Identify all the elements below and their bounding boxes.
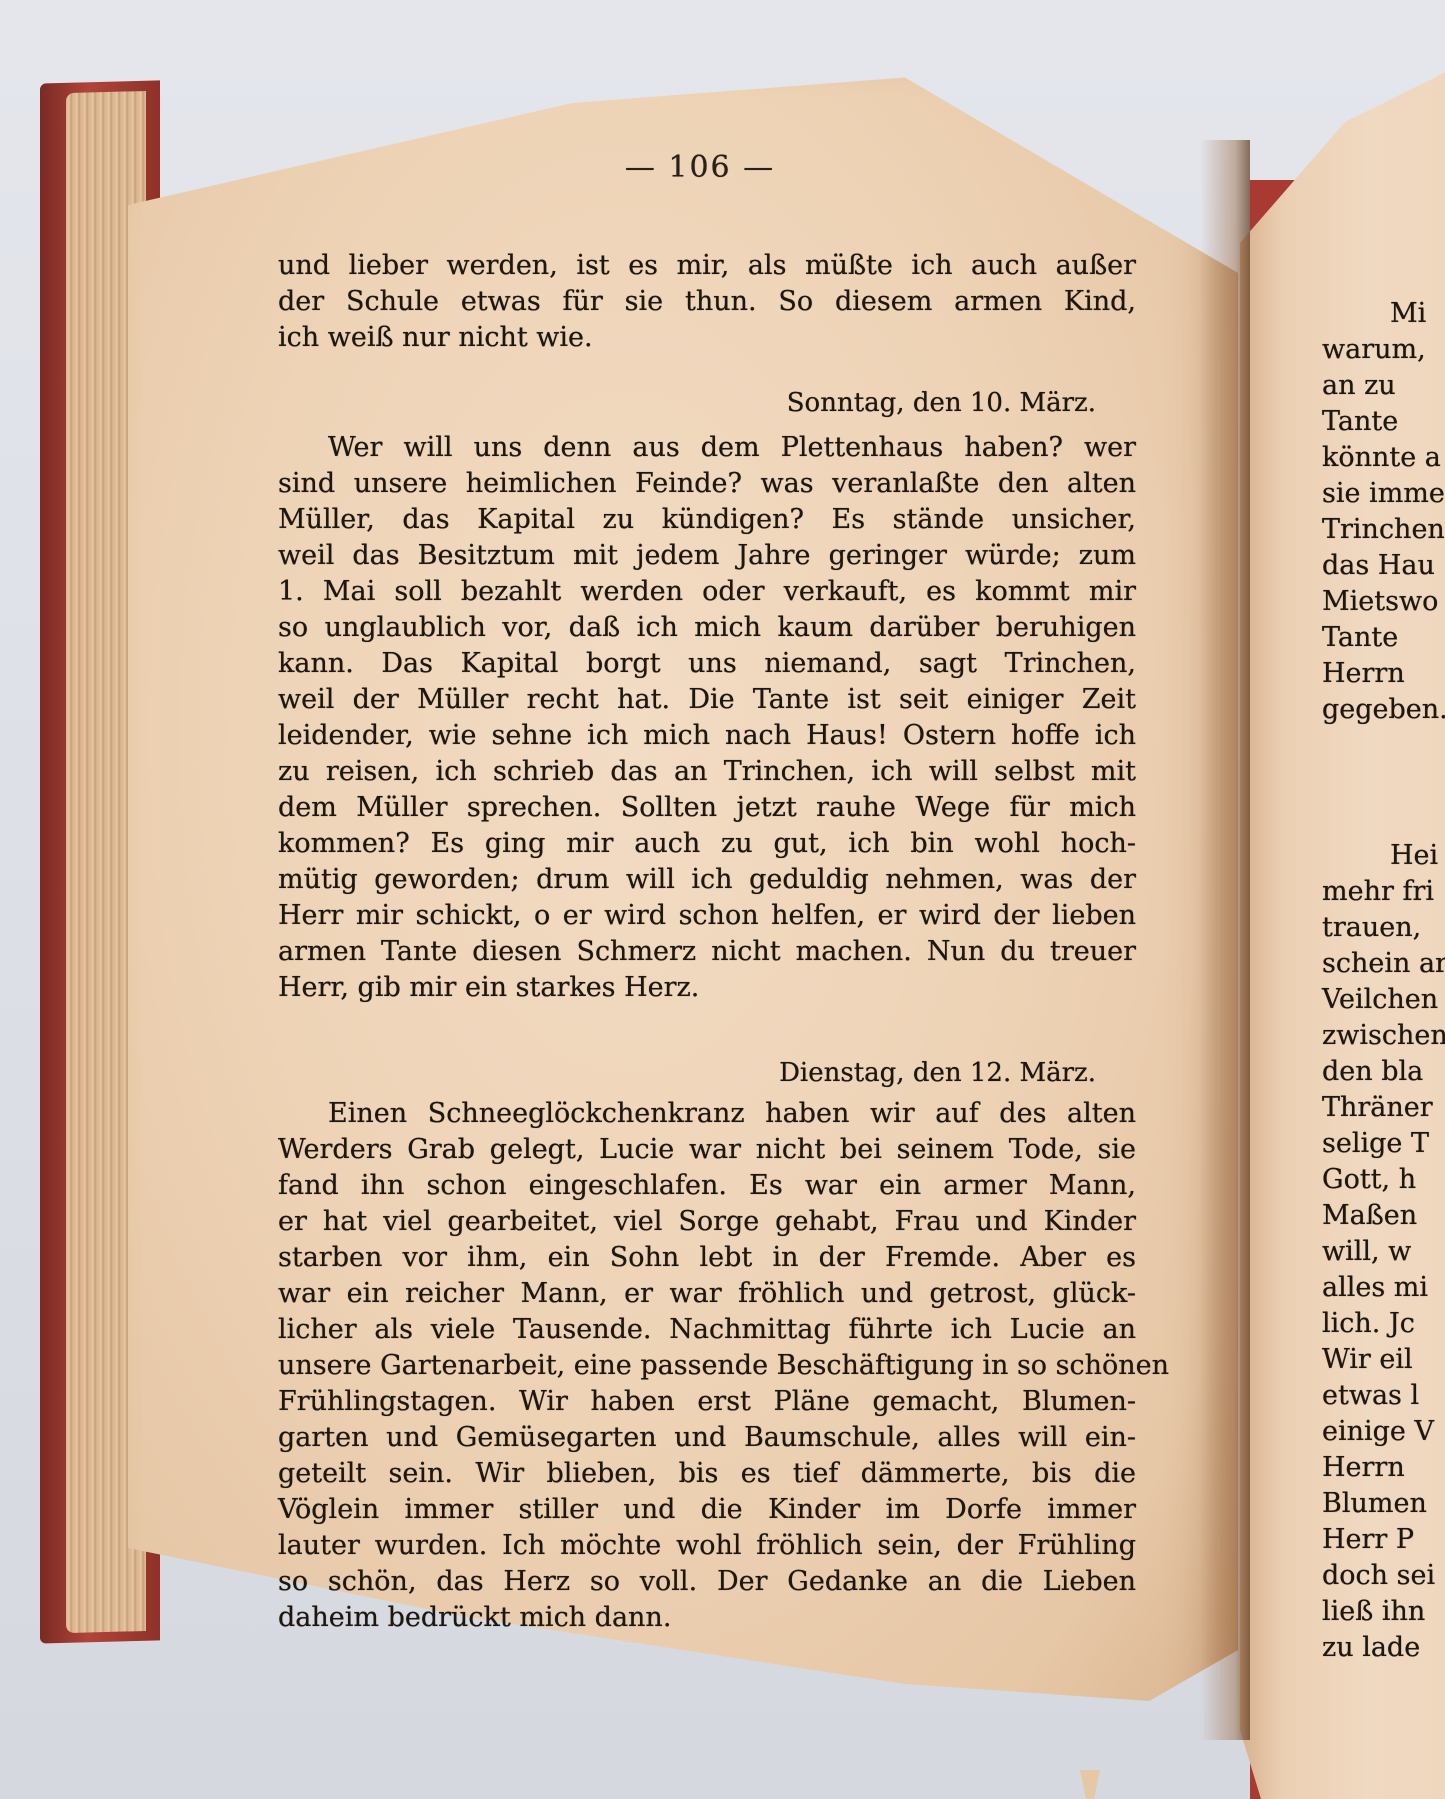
text-line: gegeben. — [1322, 694, 1445, 726]
text-line: ich weiß nur nicht wie. — [278, 322, 1136, 354]
text-line: kann. Das Kapital borgt uns niemand, sag… — [278, 648, 1136, 680]
text-line: geteilt sein. Wir blieben, bis es tief d… — [278, 1458, 1136, 1490]
text-line: ließ ihn — [1322, 1596, 1425, 1628]
text-line: garten und Gemüsegarten und Baumschule, … — [278, 1422, 1136, 1454]
page-number: — 106 — — [590, 150, 810, 185]
text-line: Werders Grab gelegt, Lucie war nicht bei… — [278, 1134, 1136, 1166]
text-line: weil der Müller recht hat. Die Tante ist… — [278, 684, 1136, 716]
text-line: Vöglein immer stiller und die Kinder im … — [278, 1494, 1136, 1526]
text-line: Herrn — [1322, 1452, 1405, 1484]
text-line: so schön, das Herz so voll. Der Gedanke … — [278, 1566, 1136, 1598]
text-line: selige T — [1322, 1128, 1429, 1160]
text-line: leidender, wie sehne ich mich nach Haus!… — [278, 720, 1136, 752]
text-line: Hei — [1390, 840, 1438, 872]
text-line: kommen? Es ging mir auch zu gut, ich bin… — [278, 828, 1136, 860]
text-line: lauter wurden. Ich möchte wohl fröhlich … — [278, 1530, 1136, 1562]
diary-date-heading: Dienstag, den 12. März. — [278, 1058, 1136, 1088]
text-line: lich. Jc — [1322, 1308, 1415, 1340]
text-line: das Hau — [1322, 550, 1435, 582]
text-line: sind unsere heimlichen Feinde? was veran… — [278, 468, 1136, 500]
text-line: warum, — [1322, 334, 1426, 366]
text-line: schein ar — [1322, 948, 1445, 980]
text-line: Wir eil — [1322, 1344, 1413, 1376]
text-line: Frühlingstagen. Wir haben erst Pläne gem… — [278, 1386, 1136, 1418]
text-line: Herr mir schickt, o er wird schon helfen… — [278, 900, 1136, 932]
book-gutter — [1200, 140, 1250, 1740]
text-line: so unglaublich vor, daß ich mich kaum da… — [278, 612, 1136, 644]
text-line: Gott, h — [1322, 1164, 1416, 1196]
diary-date-heading: Sonntag, den 10. März. — [278, 388, 1136, 418]
text-line: trauen, — [1322, 912, 1421, 944]
text-line: alles mi — [1322, 1272, 1428, 1304]
text-line: etwas l — [1322, 1380, 1419, 1412]
text-line: war ein reicher Mann, er war fröhlich un… — [278, 1278, 1136, 1310]
text-line: den bla — [1322, 1056, 1423, 1088]
text-line: fand ihn schon eingeschlafen. Es war ein… — [278, 1170, 1136, 1202]
text-line: Mi — [1390, 298, 1426, 330]
text-line: Veilchen — [1322, 984, 1438, 1016]
text-line: Wer will uns denn aus dem Plettenhaus ha… — [278, 432, 1136, 464]
text-line: Einen Schneeglöckchenkranz haben wir auf… — [278, 1098, 1136, 1130]
text-line: zu lade — [1322, 1632, 1420, 1664]
text-line: mehr fri — [1322, 876, 1434, 908]
text-line: könnte a — [1322, 442, 1441, 474]
text-line: unsere Gartenarbeit, eine passende Besch… — [278, 1350, 1136, 1382]
text-line: Herr, gib mir ein starkes Herz. — [278, 972, 1136, 1004]
text-line: Herrn — [1322, 658, 1405, 690]
text-line: armen Tante diesen Schmerz nicht machen.… — [278, 936, 1136, 968]
text-line: einige V — [1322, 1416, 1434, 1448]
text-line: Blumen — [1322, 1488, 1427, 1520]
text-line: der Schule etwas für sie thun. So diesem… — [278, 286, 1136, 318]
text-line: mütig geworden; drum will ich geduldig n… — [278, 864, 1136, 896]
text-line: Thräner — [1322, 1092, 1433, 1124]
text-line: zwischen — [1322, 1020, 1445, 1052]
text-line: 1. Mai soll bezahlt werden oder verkauft… — [278, 576, 1136, 608]
text-line: starben vor ihm, ein Sohn lebt in der Fr… — [278, 1242, 1136, 1274]
text-line: er hat viel gearbeitet, viel Sorge gehab… — [278, 1206, 1136, 1238]
text-line: an zu — [1322, 370, 1396, 402]
bookmark-ribbon — [1080, 1770, 1100, 1799]
text-line: dem Müller sprechen. Sollten jetzt rauhe… — [278, 792, 1136, 824]
text-line: Herr P — [1322, 1524, 1414, 1556]
text-line: Müller, das Kapital zu kündigen? Es stän… — [278, 504, 1136, 536]
text-line: Tante — [1322, 406, 1398, 438]
text-line: zu reisen, ich schrieb das an Trinchen, … — [278, 756, 1136, 788]
text-line: will, w — [1322, 1236, 1411, 1268]
text-line: daheim bedrückt mich dann. — [278, 1602, 1136, 1634]
text-line: Tante — [1322, 622, 1398, 654]
text-line: Trinchen — [1322, 514, 1445, 546]
text-line: weil das Besitztum mit jedem Jahre gerin… — [278, 540, 1136, 572]
text-line: Maßen — [1322, 1200, 1417, 1232]
text-line: doch sei — [1322, 1560, 1435, 1592]
text-line: sie imme — [1322, 478, 1445, 510]
text-line: licher als viele Tausende. Nachmittag fü… — [278, 1314, 1136, 1346]
text-line: Mietswo — [1322, 586, 1438, 618]
text-line: und lieber werden, ist es mir, als müßte… — [278, 250, 1136, 282]
